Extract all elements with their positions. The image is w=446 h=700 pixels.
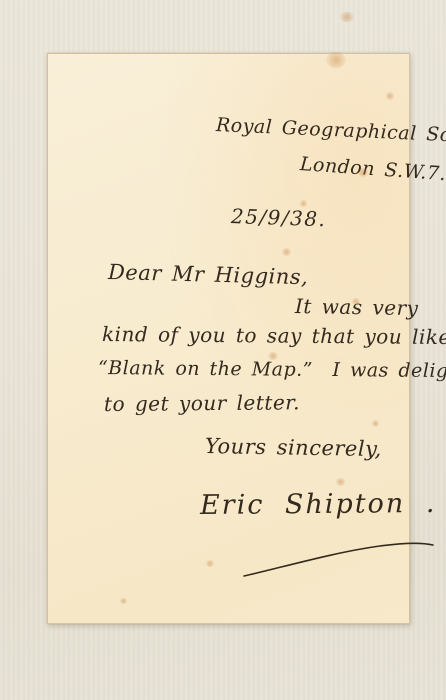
address-line-1: Royal Geographical Soc, [216,114,446,147]
photograph-of-letter: Royal Geographical Soc, London S.W.7. 25… [0,0,446,700]
address-line-2: London S.W.7. [299,153,446,185]
letter-paper: Royal Geographical Soc, London S.W.7. 25… [47,53,410,624]
body-line-1: It was very [295,294,419,320]
body-line-4: to get your letter. [104,390,300,416]
body-line-3: “Blank on the Map.” I was delighted [98,357,446,382]
body-line-2: kind of you to say that you liked [102,322,446,349]
signature-flourish [240,538,440,580]
foxing-spot [340,12,354,22]
signature: Eric Shipton . [200,488,437,521]
closing: Yours sincerely, [205,434,382,461]
salutation: Dear Mr Higgins, [108,260,309,289]
letter-date: 25/9/38. [231,204,327,231]
